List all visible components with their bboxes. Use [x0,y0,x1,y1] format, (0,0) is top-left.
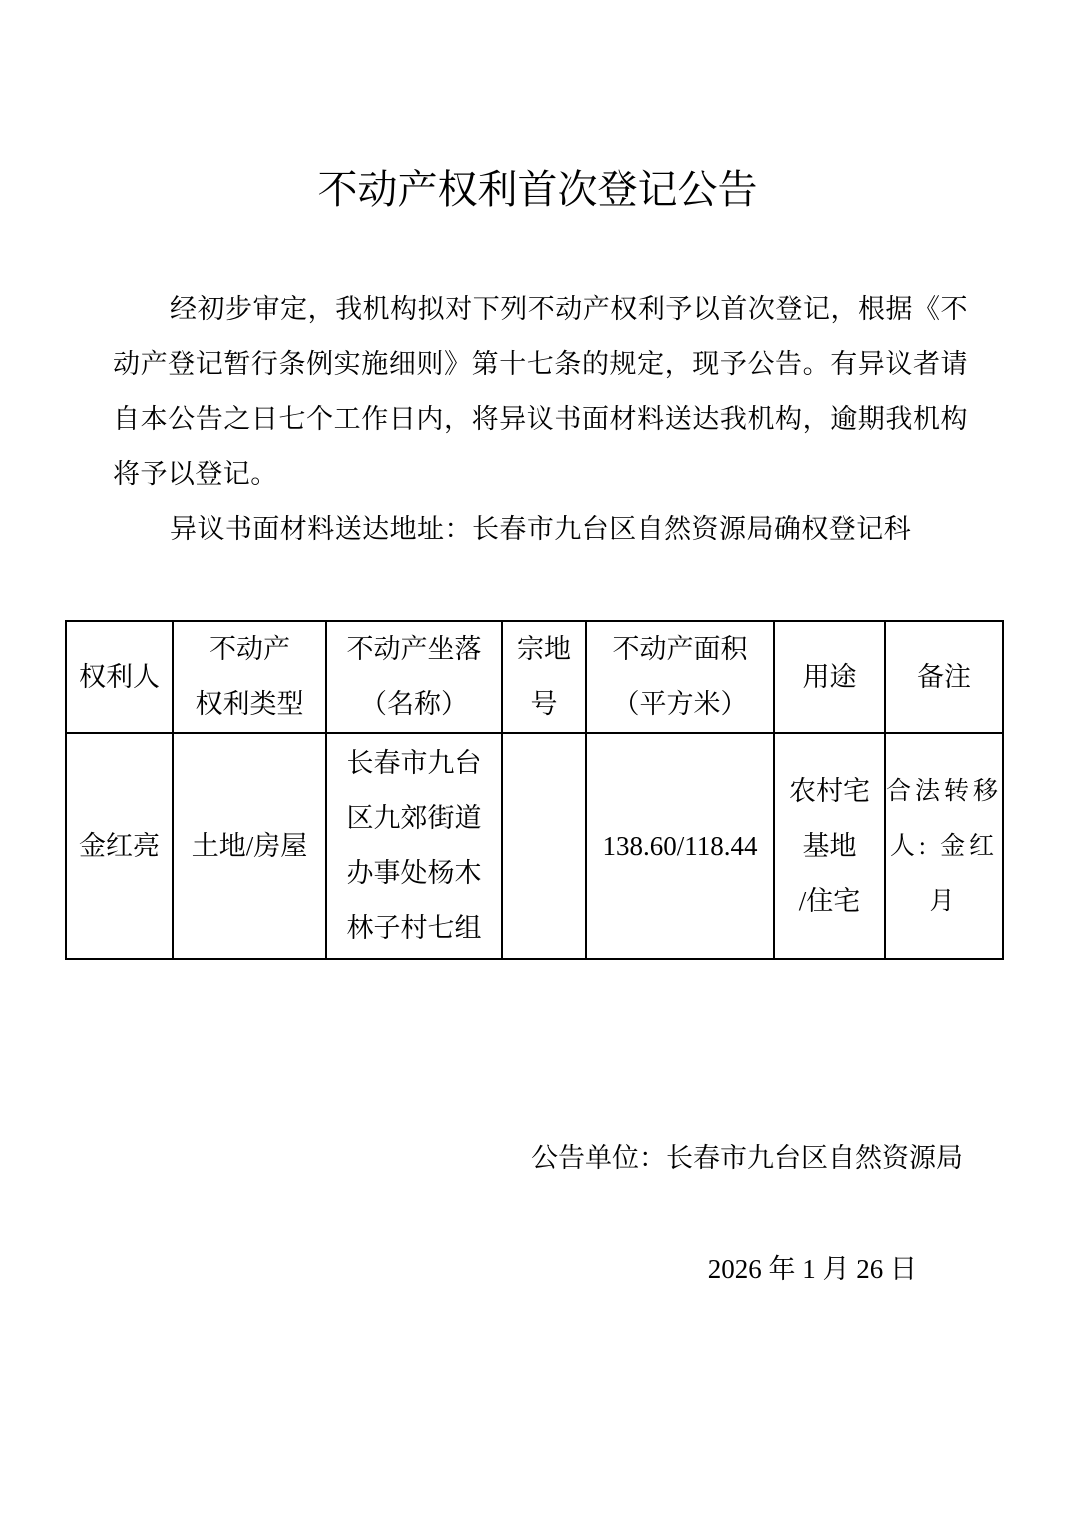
paragraph-delivery-address: 异议书面材料送达地址：长春市九台区自然资源局确权登记科 [113,502,968,557]
document-page: 不动产权利首次登记公告 经初步审定，我机构拟对下列不动产权利予以首次登记，根据《… [0,0,1075,1520]
table-header-row: 权利人 不动产 权利类型 不动产坐落 （名称） 宗地 号 不动产面积 （平方米）… [66,621,1003,733]
cell-right-holder: 金红亮 [66,733,173,959]
header-right-holder: 权利人 [66,621,173,733]
cell-location: 长春市九台 区九郊街道 办事处杨木 林子村七组 [326,733,502,959]
header-remark: 备注 [885,621,1003,733]
date-line: 2026 年 1 月 26 日 [113,1252,917,1286]
header-usage: 用途 [774,621,885,733]
table-row: 金红亮 土地/房屋 长春市九台 区九郊街道 办事处杨木 林子村七组 138.60… [66,733,1003,959]
registration-table: 权利人 不动产 权利类型 不动产坐落 （名称） 宗地 号 不动产面积 （平方米）… [65,620,1004,960]
issuer-line: 公告单位：长春市九台区自然资源局 [113,1141,963,1175]
cell-parcel-no [502,733,586,959]
cell-right-type: 土地/房屋 [173,733,326,959]
paragraph-intro: 经初步审定，我机构拟对下列不动产权利予以首次登记，根据《不动产登记暂行条例实施细… [113,282,968,502]
header-location: 不动产坐落 （名称） [326,621,502,733]
page-title: 不动产权利首次登记公告 [0,166,1075,214]
header-parcel-no: 宗地 号 [502,621,586,733]
header-area: 不动产面积 （平方米） [586,621,774,733]
cell-usage: 农村宅 基地 /住宅 [774,733,885,959]
header-right-type: 不动产 权利类型 [173,621,326,733]
body-text: 经初步审定，我机构拟对下列不动产权利予以首次登记，根据《不动产登记暂行条例实施细… [113,282,968,557]
cell-remark: 合法转移 人: 金红月 [885,733,1003,959]
cell-area: 138.60/118.44 [586,733,774,959]
